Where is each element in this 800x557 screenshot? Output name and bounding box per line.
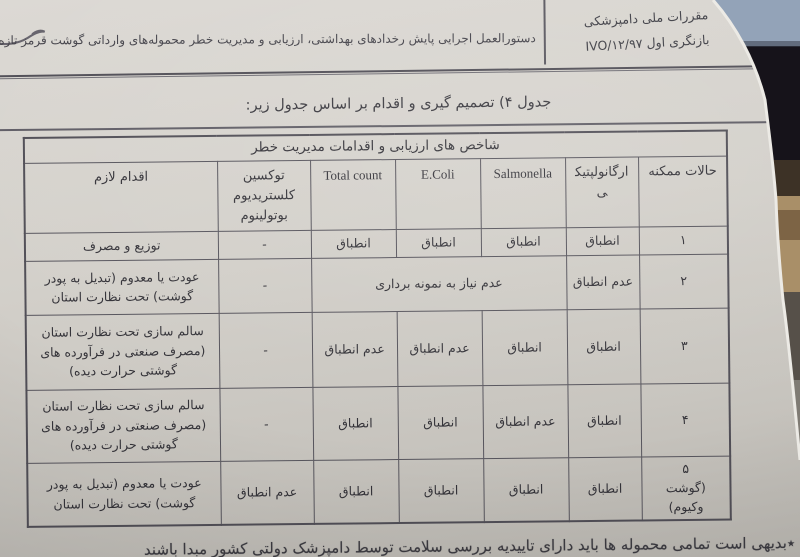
action-value: توزیع و مصرف <box>25 231 218 261</box>
total-count-value: انطباق <box>311 229 396 258</box>
risk-decision-table: شاخص های ارزیابی و اقدامات مدیریت خطر حا… <box>23 130 732 528</box>
case-number-cell: ۵ (گوشت وکیوم) <box>641 456 731 521</box>
total-count-value: انطباق <box>313 386 399 460</box>
toxin-value: - <box>220 387 314 461</box>
col-header-cases: حالات ممکنه <box>638 156 728 227</box>
action-value: عودت یا معدوم (تبدیل به پودر گوشت) تحت ن… <box>25 259 219 315</box>
case-number: ۵ <box>647 458 725 478</box>
toxin-value: - <box>218 258 312 313</box>
salmonella-value: انطباق <box>483 457 569 522</box>
total-count-value: عدم انطباق <box>312 311 398 387</box>
organoleptic-value: انطباق <box>568 456 642 520</box>
scanned-document-photo: دستورالعمل اجرایی پایش رخدادهای بهداشتی،… <box>0 0 800 557</box>
ecoli-value: انطباق <box>398 458 484 523</box>
case-number: ۳ <box>640 308 730 384</box>
table-row-case-4: ۴ انطباق عدم انطباق انطباق انطباق - سالم… <box>26 383 730 463</box>
table-row-case-2: ۲ عدم انطباق عدم نیاز به نمونه برداری - … <box>25 254 729 315</box>
col-header-ecoli: E.Coli <box>395 158 481 229</box>
organoleptic-value: عدم انطباق <box>566 254 640 309</box>
no-sampling-merged-cell: عدم نیاز به نمونه برداری <box>311 255 567 312</box>
organoleptic-value: انطباق <box>568 383 642 457</box>
organoleptic-value: انطباق <box>567 308 641 384</box>
action-value: عودت یا معدوم (تبدیل به پودر گوشت) تحت ن… <box>27 461 221 527</box>
col-header-total-count: Total count <box>310 159 396 230</box>
case-note: (گوشت وکیوم) <box>647 477 725 517</box>
table-header-row: حالات ممکنه ارگانولپتیکی Salmonella E.Co… <box>24 156 728 233</box>
action-value: سالم سازی تحت نظارت استان (مصرف صنعتی در… <box>26 388 220 463</box>
header-horizontal-rule <box>0 65 800 80</box>
col-header-toxin: توکسین کلستریدیوم بوتولینوم <box>217 160 311 231</box>
ecoli-value: انطباق <box>398 385 484 459</box>
ecoli-value: انطباق <box>396 228 481 257</box>
organoleptic-value: انطباق <box>566 226 639 255</box>
footnote-text: ٭بدیهی است تمامی محموله ها باید دارای تا… <box>13 534 795 557</box>
total-count-value: انطباق <box>313 459 399 524</box>
case-number: ۴ <box>640 383 730 457</box>
ecoli-value: عدم انطباق <box>397 310 483 386</box>
toxin-value: - <box>218 230 311 259</box>
toxin-value: عدم انطباق <box>220 460 314 525</box>
col-header-action: اقدام لازم <box>24 161 218 233</box>
action-value: سالم سازی تحت نظارت استان (مصرف صنعتی در… <box>26 313 220 390</box>
toxin-value: - <box>219 312 313 388</box>
paper-content: دستورالعمل اجرایی پایش رخدادهای بهداشتی،… <box>0 0 800 557</box>
regulation-reference-block: مقررات ملی دامپزشکی بازنگری اول IVO/۱۲/۹… <box>552 0 741 60</box>
col-header-organoleptic: ارگانولپتیکی <box>565 157 639 228</box>
table-row-case-3: ۳ انطباق انطباق عدم انطباق عدم انطباق - … <box>26 308 730 390</box>
col-header-salmonella: Salmonella <box>480 157 566 228</box>
case-number: ۱ <box>639 226 728 255</box>
salmonella-value: عدم انطباق <box>483 384 569 458</box>
case-number: ۲ <box>639 254 729 309</box>
document-instruction-text: دستورالعمل اجرایی پایش رخدادهای بهداشتی،… <box>24 30 536 50</box>
header-vertical-divider <box>543 0 545 64</box>
salmonella-value: انطباق <box>482 309 568 385</box>
table-row-case-5: ۵ (گوشت وکیوم) انطباق انطباق انطباق انطب… <box>27 456 731 527</box>
table-title: جدول ۴) تصمیم گیری و اقدام بر اساس جدول … <box>0 92 799 116</box>
salmonella-value: انطباق <box>481 227 566 256</box>
